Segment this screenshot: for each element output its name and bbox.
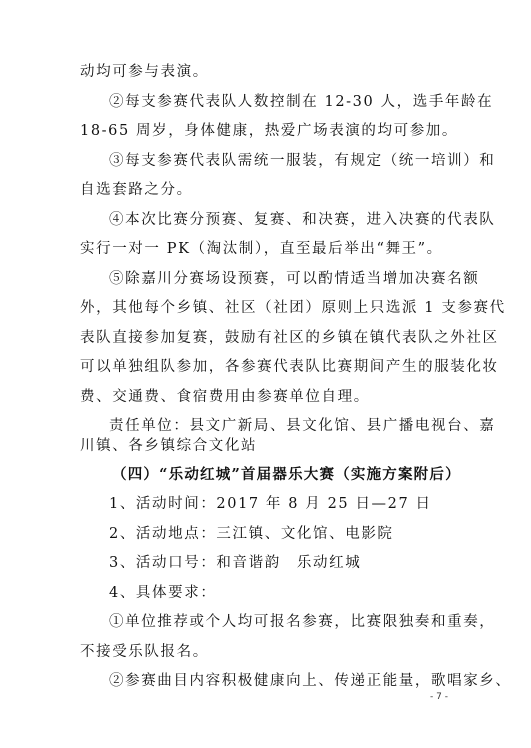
- paragraph-line: 动均可参与表演。: [80, 63, 446, 81]
- paragraph-line: 自选套路之分。: [80, 181, 446, 199]
- paragraph-line: 实行一对一 PK（淘汰制），直至最后举出“舞王”。: [80, 240, 446, 258]
- section-heading: （四）“乐动红城”首届器乐大赛（实施方案附后）: [112, 466, 478, 484]
- paragraph-line: ④本次比赛分预赛、复赛、和决赛，进入决赛的代表队: [109, 211, 446, 229]
- paragraph-line: 3、活动口号：和音谐韵 乐动红城: [109, 554, 446, 572]
- paragraph-line: ①单位推荐或个人均可报名参赛，比赛限独奏和重奏，: [109, 613, 446, 631]
- paragraph-line: 表队直接参加复赛，鼓励有社区的乡镇在镇代表队之外社区: [80, 329, 446, 347]
- paragraph-line: 4、具体要求：: [109, 584, 446, 602]
- paragraph-line: ②每支参赛代表队人数控制在 12-30 人，选手年龄在: [109, 93, 446, 111]
- paragraph-line: 责任单位：县文广新局、县文化馆、县广播电视台、嘉: [109, 417, 446, 435]
- paragraph-line: 2、活动地点：三江镇、文化馆、电影院: [109, 525, 446, 543]
- document-page: 动均可参与表演。 ②每支参赛代表队人数控制在 12-30 人，选手年龄在 18-…: [0, 0, 531, 748]
- paragraph-line: 费、交通费、食宿费用由参赛单位自理。: [80, 388, 446, 406]
- page-number: - 7 -: [430, 692, 448, 702]
- paragraph-line: 18-65 周岁，身体健康，热爱广场表演的均可参加。: [80, 122, 446, 140]
- paragraph-line: 外，其他每个乡镇、社区（社团）原则上只选派 1 支参赛代: [80, 299, 446, 317]
- paragraph-line: 川镇、各乡镇综合文化站: [80, 437, 446, 455]
- paragraph-line: 不接受乐队报名。: [80, 643, 446, 661]
- paragraph-line: ⑤除嘉川分赛场设预赛，可以酌情适当增加决赛名额: [109, 270, 446, 288]
- paragraph-line: 可以单独组队参加，各参赛代表队比赛期间产生的服装化妆: [80, 358, 446, 376]
- paragraph-line: 1、活动时间：2017 年 8 月 25 日—27 日: [109, 495, 446, 513]
- paragraph-line: ②参赛曲目内容积极健康向上、传递正能量，歌唱家乡、: [109, 672, 446, 690]
- paragraph-line: ③每支参赛代表队需统一服装，有规定（统一培训）和: [109, 152, 446, 170]
